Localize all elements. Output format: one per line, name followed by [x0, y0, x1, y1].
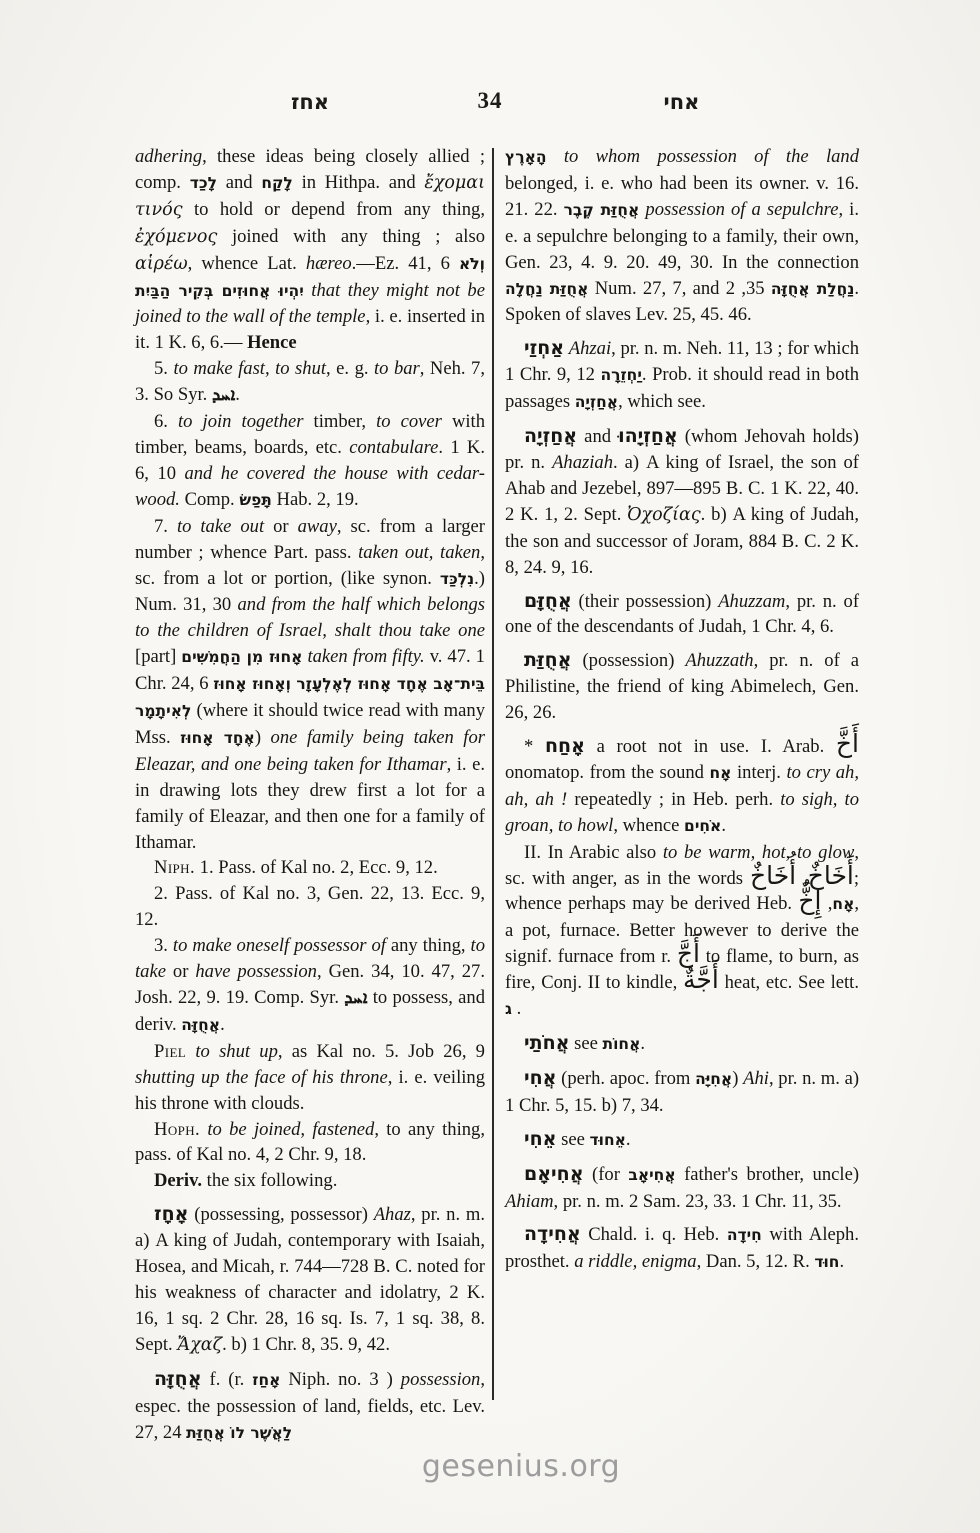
text: see: [569, 1033, 602, 1054]
text: Comp.: [180, 489, 239, 510]
paragraph: Deriv. the six following.: [135, 1168, 485, 1194]
hebrew-headword: אֲחַזְיָה: [524, 425, 577, 447]
hebrew-text: אֲחֻזָּה: [181, 1016, 220, 1034]
entry-paragraph: אַחְזַי Ahzai, pr. n. m. Neh. 11, 13 ; f…: [505, 336, 859, 416]
hebrew-text: לַאֲשֶׁר לוֹ אֲחֻזַּת: [186, 1424, 292, 1442]
text: Hab. 2, 19.: [272, 489, 359, 510]
entry-paragraph: אֲחִידָה Chald. i. q. Heb. חִידָה with A…: [505, 1222, 859, 1276]
smallcaps-text: Niph.: [154, 857, 195, 878]
italic-text: to cover: [376, 411, 442, 432]
text: the six following.: [202, 1170, 337, 1191]
text: .: [512, 998, 521, 1019]
syriac-text: ܐܚܕ: [212, 385, 235, 405]
hebrew-headword: אֲחֻזָּם: [524, 590, 572, 612]
hebrew-headword: אֲחַזְיָהוּ: [618, 425, 678, 447]
entry-paragraph: אֵחִי see אֵחוּד.: [505, 1127, 859, 1154]
text: Niph. no. 3 ): [280, 1369, 400, 1390]
italic-text: to shut up: [195, 1041, 278, 1062]
hebrew-text: הָאָרֶץ: [505, 148, 547, 166]
hebrew-text: אֲחֻזַּת נַחֲלָה: [505, 280, 588, 298]
text: joined with any thing ; also: [217, 226, 485, 247]
italic-text: to make fast, to shut: [173, 358, 326, 379]
italic-text: to be joined, fastened: [207, 1119, 374, 1140]
text: f. (r.: [202, 1369, 253, 1390]
entry-paragraph: * אָחַח a root not in use. I. Arab. أَخَ…: [505, 734, 859, 840]
text: and: [577, 426, 618, 447]
italic-text: taken out, taken: [358, 542, 480, 563]
bold-text: Deriv.: [154, 1170, 202, 1191]
paragraph: הָאָרֶץ to whom possession of the land b…: [505, 144, 859, 328]
italic-text: hæreo: [306, 253, 352, 274]
text: [part]: [135, 646, 181, 667]
dictionary-page: אחז 34 אחי adhering, these ideas being c…: [0, 0, 980, 1533]
hebrew-text: ג: [505, 1000, 512, 1018]
text: heat, etc. See lett.: [719, 972, 859, 993]
hebrew-text: נַחֲלַת אֲחֻזָּה: [771, 280, 854, 298]
paragraph: adhering, these ideas being closely alli…: [135, 144, 485, 356]
text: [186, 1041, 195, 1062]
text: any thing,: [386, 935, 471, 956]
greek-text: ἐχόμενος: [135, 227, 217, 247]
paragraph: Piel to shut up, as Kal no. 5. Job 26, 9…: [135, 1039, 485, 1117]
text: , Dan. 5, 12. R.: [697, 1251, 815, 1272]
hebrew-headword: אָחַח: [545, 735, 585, 757]
hebrew-text: אֶחָד אָחוּז: [180, 729, 255, 747]
text: .: [220, 1014, 225, 1035]
paragraph: 3. to make oneself possessor of any thin…: [135, 933, 485, 1039]
text: , which see.: [618, 391, 706, 412]
hebrew-headword: אָחָז: [154, 1203, 189, 1225]
column-divider-rule: [492, 148, 494, 1400]
paragraph: Niph. 1. Pass. of Kal no. 2, Ecc. 9, 12.: [135, 855, 485, 881]
text: II. In Arabic also: [524, 842, 663, 863]
text: (for: [584, 1164, 629, 1185]
text: , pr. n. m. 2 Sam. 23, 33. 1 Chr. 11, 35…: [554, 1191, 842, 1212]
text: 6.: [154, 411, 178, 432]
paragraph: 6. to join together timber, to cover wit…: [135, 409, 485, 514]
arabic-word: أَجَّ: [677, 939, 700, 968]
paragraph: II. In Arabic also to be warm, hot, to g…: [505, 840, 859, 1023]
hebrew-headword: אֲחֻזַּת: [524, 649, 571, 671]
text: (their possession): [572, 591, 718, 612]
italic-text: shutting up the face of his throne: [135, 1067, 388, 1088]
italic-text: away: [298, 516, 337, 537]
text: ): [732, 1068, 743, 1089]
text: (possession): [571, 650, 685, 671]
entry-paragraph: אֲחֻזָּם (their possession) Ahuzzam, pr.…: [505, 589, 859, 641]
smallcaps-text: Hoph.: [154, 1119, 200, 1140]
hebrew-text: אָחַז: [252, 1371, 280, 1389]
entry-paragraph: אֲחֻזָּה f. (r. אָחַז Niph. no. 3 ) poss…: [135, 1367, 485, 1447]
text: ): [255, 727, 271, 748]
italic-text: Ahuzzath: [685, 650, 753, 671]
entry-paragraph: אֲחֹתַי see אֲחוֹת.: [505, 1031, 859, 1058]
italic-text: taken from fifty.: [307, 646, 424, 667]
italic-text: Ahi: [743, 1068, 769, 1089]
text: 1. Pass. of Kal no. 2, Ecc. 9, 12.: [195, 857, 438, 878]
italic-text: Ahzai: [569, 338, 611, 359]
left-column: adhering, these ideas being closely alli…: [135, 144, 485, 1446]
hebrew-headword: אֲחִיאָם: [524, 1163, 584, 1185]
italic-text: Ahaziah: [552, 452, 613, 473]
italic-text: a riddle, enigma: [574, 1251, 696, 1272]
text: , e. g.: [326, 358, 374, 379]
hebrew-text: חִידָה: [727, 1226, 762, 1244]
entry-paragraph: אָחָז (possessing, possessor) Ahaz, pr. …: [135, 1202, 485, 1358]
hebrew-text: אֵחוּד: [590, 1131, 626, 1149]
text: [547, 146, 564, 167]
text: .: [721, 815, 726, 836]
paragraph: 2. Pass. of Kal no. 3, Gen. 22, 13. Ecc.…: [135, 881, 485, 933]
hebrew-headword: אֲחִי: [524, 1067, 556, 1089]
text: 5.: [154, 358, 173, 379]
greek-text: Ὀχοζίας: [627, 505, 700, 525]
text: to hold or depend from any thing,: [183, 199, 485, 220]
italic-text: contabulare: [349, 437, 438, 458]
text: Chald. i. q. Heb.: [581, 1224, 727, 1245]
hebrew-text: אָח: [832, 895, 854, 913]
entry-paragraph: אֲחֻזַּת (possession) Ahuzzath, pr. n. o…: [505, 648, 859, 726]
entry-paragraph: אֲחִי (perh. apoc. from אֲחִיָּה) Ahi, p…: [505, 1066, 859, 1119]
smallcaps-text: Piel: [154, 1041, 186, 1062]
hebrew-text: אֲחַזְיָה: [575, 393, 618, 411]
paragraph: 7. to take out or away, sc. from a large…: [135, 514, 485, 856]
running-head-right-hebrew: אחי: [505, 90, 858, 120]
text: .: [235, 384, 240, 405]
text: see: [556, 1129, 589, 1150]
greek-text: αἱρέω: [135, 254, 188, 274]
right-column: הָאָרֶץ to whom possession of the land b…: [505, 144, 859, 1276]
text: ,: [821, 893, 832, 914]
hebrew-text: אָחוּז מִן הַחֲמִשִּׁים: [181, 648, 302, 666]
text: and: [217, 172, 261, 193]
entry-paragraph: אֲחִיאָם (for אֲחִיאָב father's brother,…: [505, 1162, 859, 1215]
arabic-word: أَخَّ: [836, 729, 859, 758]
text: , whence Lat.: [188, 253, 306, 274]
greek-text: Ἄχαζ: [177, 1335, 222, 1355]
paragraph: Hoph. to be joined, fastened, to any thi…: [135, 1117, 485, 1169]
italic-text: to bar: [374, 358, 420, 379]
text: .—Ez. 41, 6: [352, 253, 459, 274]
bold-text: Hence: [247, 332, 297, 353]
hebrew-text: אֲחִיָּה: [695, 1070, 732, 1088]
text: . b) 1 Chr. 8, 35. 9, 42.: [222, 1334, 390, 1355]
entry-paragraph: אֲחַזְיָה and אֲחַזְיָהוּ (whom Jehovah …: [505, 424, 859, 580]
hebrew-headword: אֲחֻזָּה: [154, 1368, 202, 1390]
text: timber,: [304, 411, 377, 432]
hebrew-text: חוּד: [814, 1253, 839, 1271]
italic-text: to make oneself possessor of: [173, 935, 386, 956]
italic-text: Ahiam: [505, 1191, 554, 1212]
hebrew-text: לָקַח: [261, 174, 292, 192]
text: , as Kal no. 5. Job 26, 9: [278, 1041, 485, 1062]
text: 3.: [154, 935, 173, 956]
text: in Hithpa. and: [293, 172, 425, 193]
text: *: [524, 736, 545, 757]
text: (perh. apoc. from: [556, 1068, 695, 1089]
text: interj.: [731, 762, 786, 783]
text: a root not in use. I. Arab.: [585, 736, 836, 757]
arabic-word: إِخٌّ: [798, 886, 821, 915]
hebrew-text: אֲחִיאָב: [628, 1166, 675, 1184]
text: 7.: [154, 516, 177, 537]
hebrew-text: יַחְזֵרָה: [601, 366, 642, 384]
italic-text: to join together: [178, 411, 303, 432]
hebrew-text: לָכַד: [190, 174, 217, 192]
text: father's brother, uncle): [676, 1164, 859, 1185]
italic-text: to take out: [177, 516, 264, 537]
paragraph: 5. to make fast, to shut, e. g. to bar, …: [135, 356, 485, 409]
text: , pr. n. m. a) A king of Judah, contempo…: [135, 1204, 485, 1355]
text: onomatop. from the sound: [505, 762, 710, 783]
hebrew-text: אֲחוֹת: [603, 1035, 641, 1053]
text: , whence: [613, 815, 684, 836]
hebrew-text: תָּפַשׂ: [239, 491, 272, 509]
text: .: [839, 1251, 844, 1272]
italic-text: adhering: [135, 146, 202, 167]
text: (possessing, possessor): [189, 1204, 374, 1225]
arabic-word: أَجَّةٌ: [683, 965, 719, 994]
italic-text: to be warm, hot, to glow: [663, 842, 855, 863]
italic-text: possession: [401, 1369, 481, 1390]
italic-text: have possession: [195, 961, 317, 982]
hebrew-text: נִלְכַּד: [440, 570, 474, 588]
italic-text: to whom possession of the land: [564, 146, 859, 167]
hebrew-text: אָח: [710, 764, 732, 782]
text: repeatedly ; in Heb. perh.: [567, 789, 780, 810]
syriac-text: ܐܚܕ: [344, 988, 367, 1008]
text: 2. Pass. of Kal no. 3, Gen. 22, 13. Ecc.…: [135, 883, 485, 930]
italic-text: Ahuzzam: [718, 591, 785, 612]
italic-text: Ahaz: [374, 1204, 411, 1225]
text: .: [640, 1033, 645, 1054]
hebrew-headword: אַחְזַי: [524, 337, 564, 359]
watermark-text: gesenius.org: [422, 1449, 620, 1484]
text: or: [264, 516, 297, 537]
text: .: [626, 1129, 631, 1150]
hebrew-headword: אֲחֹתַי: [524, 1032, 569, 1054]
hebrew-text: אֲחֻזַּת קֶבֶר: [564, 201, 640, 219]
italic-text: possession of a sepulchre: [645, 199, 838, 220]
hebrew-headword: אֲחִידָה: [524, 1223, 581, 1245]
hebrew-headword: אֵחִי: [524, 1128, 556, 1150]
hebrew-text: אֹחִים: [684, 817, 721, 835]
text: or: [166, 961, 195, 982]
text: Num. 27, 7, and: [588, 278, 725, 299]
arabic-word: أُخَاخٌ: [750, 861, 796, 890]
